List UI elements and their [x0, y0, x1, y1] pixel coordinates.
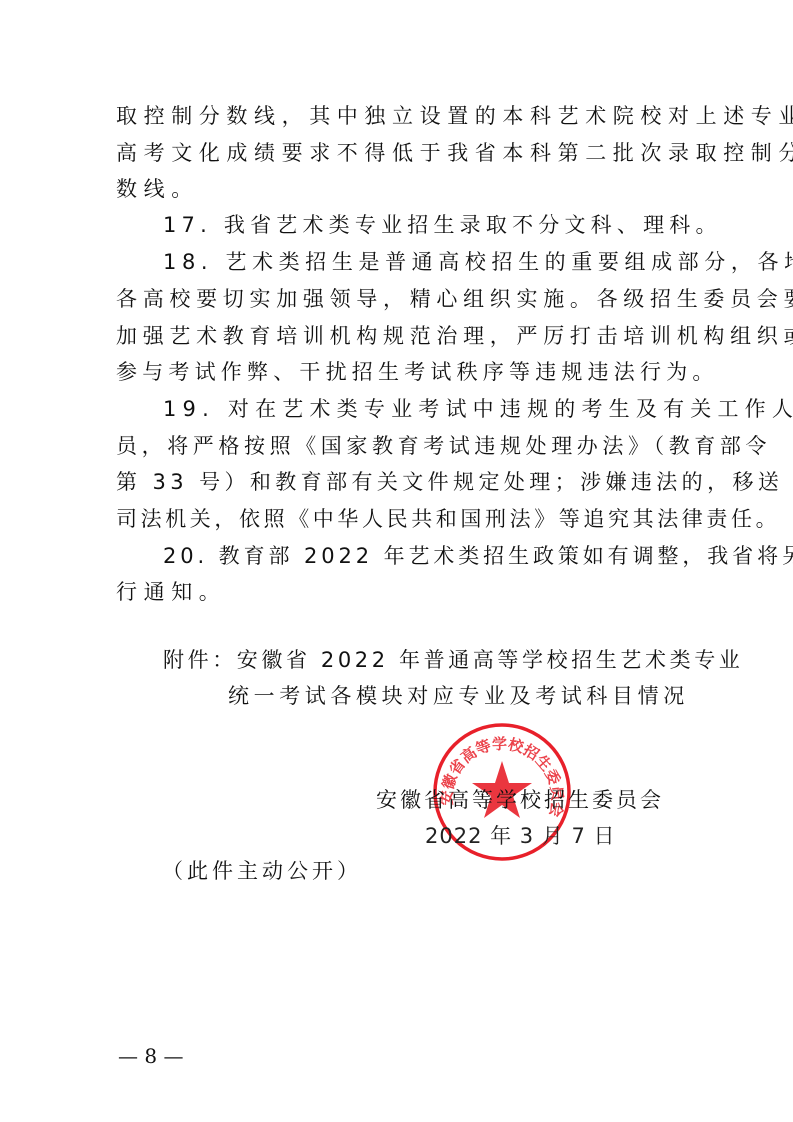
item-18-line-3: 加强艺术教育培训机构规范治理，严厉打击培训机构组织或 — [116, 322, 793, 350]
item-19-line-3: 第 33 号）和教育部有关文件规定处理；涉嫌违法的，移送 — [116, 468, 783, 496]
issuer-name: 安徽省高等学校招生委员会 — [376, 786, 664, 814]
item-17: 17. 我省艺术类专业招生录取不分文科、理科。 — [163, 211, 722, 239]
item-18-line-4: 参与考试作弊、干扰招生考试秩序等违规违法行为。 — [116, 358, 719, 386]
item-20-line-2: 行通知。 — [116, 578, 226, 606]
item-19-line-1: 19. 对在艺术类专业考试中违规的考生及有关工作人 — [163, 395, 793, 423]
item-19-line-4: 司法机关，依照《中华人民共和国刑法》等追究其法律责任。 — [116, 505, 780, 533]
attachment-line-2: 统一考试各模块对应专业及考试科目情况 — [228, 682, 689, 710]
body-line-1: 取控制分数线，其中独立设置的本科艺术院校对上述专业的 — [116, 102, 793, 130]
body-line-2: 高考文化成绩要求不得低于我省本科第二批次录取控制分 — [116, 139, 793, 167]
body-line-3: 数线。 — [116, 175, 199, 203]
page-number: — 8 — — [118, 1044, 183, 1068]
attachment-line-1: 附件：安徽省 2022 年普通高等学校招生艺术类专业 — [163, 646, 743, 674]
item-20-line-1: 20. 教育部 2022 年艺术类招生政策如有调整，我省将另 — [163, 542, 793, 570]
issue-date: 2022 年 3 月 7 日 — [425, 822, 616, 850]
item-18-line-1: 18. 艺术类招生是普通高校招生的重要组成部分，各地、 — [163, 248, 793, 276]
item-19-line-2: 员，将严格按照《国家教育考试违规处理办法》（教育部令 — [116, 432, 771, 460]
disclosure-note: （此件主动公开） — [162, 857, 362, 885]
item-18-line-2: 各高校要切实加强领导，精心组织实施。各级招生委员会要 — [116, 285, 793, 313]
